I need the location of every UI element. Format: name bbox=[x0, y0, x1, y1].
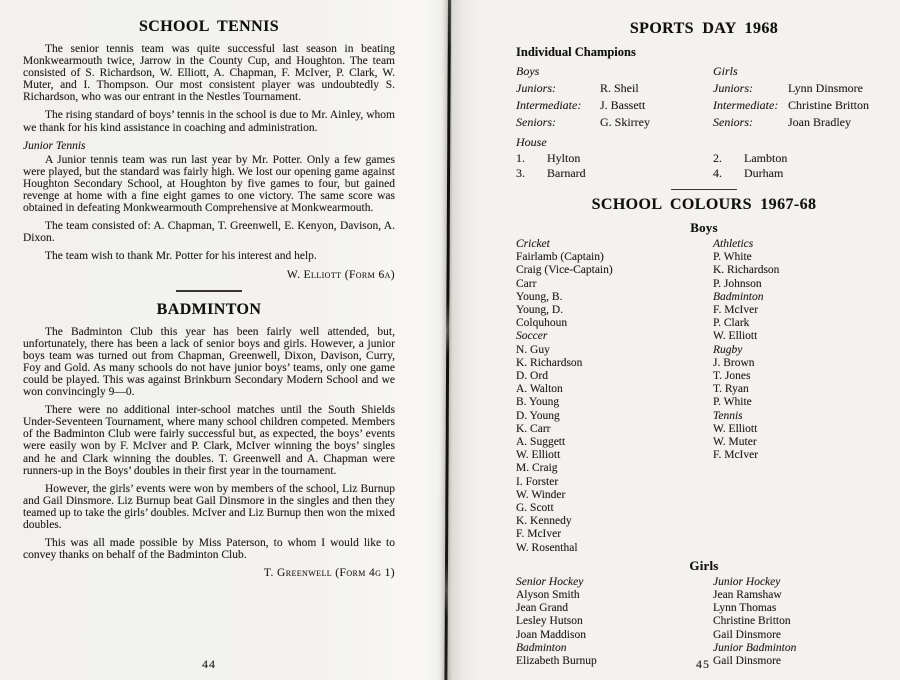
row-value: G. Skirrey bbox=[600, 114, 650, 131]
section-heading-school-tennis: SCHOOL TENNIS bbox=[23, 18, 395, 36]
name-entry: Young, D. bbox=[516, 304, 713, 317]
row-label: Intermediate: bbox=[713, 97, 788, 114]
name-entry: W. Rosenthal bbox=[516, 542, 713, 555]
name-entry: W. Muter bbox=[713, 436, 892, 449]
section-heading-sports-day: SPORTS DAY 1968 bbox=[516, 20, 892, 38]
name-entry: F. McIver bbox=[713, 449, 892, 462]
girls-colours-columns: Senior HockeyAlyson SmithJean GrandLesle… bbox=[516, 576, 892, 668]
badminton-paragraph-3: However, the girls’ events were won by m… bbox=[23, 483, 395, 531]
boys-colours-right-column: AthleticsP. WhiteK. RichardsonP. Johnson… bbox=[713, 238, 892, 555]
page-number-right: 45 bbox=[696, 657, 710, 672]
name-entry: Jean Ramshaw bbox=[713, 589, 892, 602]
data-row: 2.Lambton bbox=[713, 151, 892, 166]
badminton-paragraph-1: The Badminton Club this year has been fa… bbox=[23, 326, 395, 399]
name-entry: Fairlamb (Captain) bbox=[516, 251, 713, 264]
section-heading-badminton: BADMINTON bbox=[23, 301, 395, 319]
girls-champions-list: Juniors:Lynn DinsmoreIntermediate:Christ… bbox=[713, 80, 892, 131]
girls-colours-left-column: Senior HockeyAlyson SmithJean GrandLesle… bbox=[516, 576, 713, 668]
data-row: Seniors:Joan Bradley bbox=[713, 114, 892, 131]
row-value: J. Bassett bbox=[600, 97, 645, 114]
boys-colours-columns: CricketFairlamb (Captain)Craig (Vice-Cap… bbox=[516, 238, 892, 555]
name-entry: W. Elliott bbox=[713, 423, 892, 436]
champions-columns: Boys Juniors:R. SheilIntermediate:J. Bas… bbox=[516, 63, 892, 131]
tennis-paragraph-1: The senior tennis team was quite success… bbox=[23, 43, 395, 103]
boys-colours-left-column: CricketFairlamb (Captain)Craig (Vice-Cap… bbox=[516, 238, 713, 555]
page-right: SPORTS DAY 1968 Individual Champions Boy… bbox=[452, 0, 900, 680]
name-entry: A. Suggett bbox=[516, 436, 713, 449]
name-entry: Alyson Smith bbox=[516, 589, 713, 602]
boys-colours-heading: Boys bbox=[516, 221, 892, 235]
category-label: Cricket bbox=[516, 238, 713, 251]
name-entry: G. Scott bbox=[516, 502, 713, 515]
name-entry: K. Richardson bbox=[516, 357, 713, 370]
category-label: Tennis bbox=[713, 410, 892, 423]
house-results: 1.Hylton3.Barnard 2.Lambton4.Durham bbox=[516, 151, 892, 181]
tennis-paragraph-2: The rising standard of boys’ tennis in t… bbox=[23, 109, 395, 133]
row-value: Lynn Dinsmore bbox=[788, 80, 863, 97]
row-label: Seniors: bbox=[713, 114, 788, 131]
girls-colours-right-column: Junior HockeyJean RamshawLynn ThomasChri… bbox=[713, 576, 892, 668]
name-entry: P. Clark bbox=[713, 317, 892, 330]
category-label: Senior Hockey bbox=[516, 576, 713, 589]
name-entry: Lesley Hutson bbox=[516, 615, 713, 628]
name-entry: Gail Dinsmore bbox=[713, 629, 892, 642]
data-row: 1.Hylton bbox=[516, 151, 713, 166]
row-value: R. Sheil bbox=[600, 80, 639, 97]
house-results-right: 2.Lambton4.Durham bbox=[713, 151, 892, 181]
girls-column-heading: Girls bbox=[713, 63, 892, 79]
girls-colours-heading: Girls bbox=[516, 559, 892, 573]
section-divider bbox=[671, 189, 737, 190]
name-entry: Joan Maddison bbox=[516, 629, 713, 642]
subsection-heading-junior-tennis: Junior Tennis bbox=[23, 140, 395, 152]
name-entry: F. McIver bbox=[516, 528, 713, 541]
section-heading-school-colours: SCHOOL COLOURS 1967-68 bbox=[516, 196, 892, 214]
category-label: Junior Badminton bbox=[713, 642, 892, 655]
row-value: Durham bbox=[744, 166, 783, 181]
category-label: Badminton bbox=[713, 291, 892, 304]
name-entry: A. Walton bbox=[516, 383, 713, 396]
row-value: Joan Bradley bbox=[788, 114, 851, 131]
section-divider bbox=[176, 290, 242, 292]
name-entry: N. Guy bbox=[516, 344, 713, 357]
name-entry: K. Carr bbox=[516, 423, 713, 436]
category-label: Rugby bbox=[713, 344, 892, 357]
name-entry: F. McIver bbox=[713, 304, 892, 317]
category-label: Soccer bbox=[516, 330, 713, 343]
name-entry: T. Ryan bbox=[713, 383, 892, 396]
badminton-paragraph-2: There were no additional inter-school ma… bbox=[23, 404, 395, 477]
name-entry: Lynn Thomas bbox=[713, 602, 892, 615]
name-entry: I. Forster bbox=[516, 476, 713, 489]
data-row: Juniors:Lynn Dinsmore bbox=[713, 80, 892, 97]
data-row: Intermediate:Christine Britton bbox=[713, 97, 892, 114]
name-entry: W. Elliott bbox=[713, 330, 892, 343]
badminton-signature: T. Greenwell (Form 4g 1) bbox=[23, 567, 395, 579]
boys-champions-list: Juniors:R. SheilIntermediate:J. BassettS… bbox=[516, 80, 713, 131]
boys-champions-column: Boys Juniors:R. SheilIntermediate:J. Bas… bbox=[516, 63, 713, 131]
name-entry: Colquhoun bbox=[516, 317, 713, 330]
name-entry: Carr bbox=[516, 278, 713, 291]
row-label: 4. bbox=[713, 166, 744, 181]
girls-champions-column: Girls Juniors:Lynn DinsmoreIntermediate:… bbox=[713, 63, 892, 131]
row-value: Hylton bbox=[547, 151, 580, 166]
name-entry: P. White bbox=[713, 251, 892, 264]
badminton-paragraph-4: This was all made possible by Miss Pater… bbox=[23, 537, 395, 561]
row-label: Intermediate: bbox=[516, 97, 600, 114]
name-entry: D. Ord bbox=[516, 370, 713, 383]
data-row: Seniors:G. Skirrey bbox=[516, 114, 713, 131]
row-value: Lambton bbox=[744, 151, 787, 166]
name-entry: Young, B. bbox=[516, 291, 713, 304]
page-left: SCHOOL TENNIS The senior tennis team was… bbox=[0, 0, 448, 680]
row-label: Juniors: bbox=[713, 80, 788, 97]
row-label: 3. bbox=[516, 166, 547, 181]
category-label: Athletics bbox=[713, 238, 892, 251]
name-entry: P. Johnson bbox=[713, 278, 892, 291]
house-results-left: 1.Hylton3.Barnard bbox=[516, 151, 713, 181]
name-entry: W. Winder bbox=[516, 489, 713, 502]
name-entry: Gail Dinsmore bbox=[713, 655, 892, 668]
tennis-paragraph-3: A Junior tennis team was run last year b… bbox=[23, 154, 395, 214]
page-number-left: 44 bbox=[202, 657, 216, 672]
house-heading: House bbox=[516, 134, 892, 150]
name-entry: B. Young bbox=[516, 396, 713, 409]
subheading-individual-champions: Individual Champions bbox=[516, 45, 892, 59]
tennis-signature: W. Elliott (Form 6a) bbox=[23, 269, 395, 281]
book-spread: SCHOOL TENNIS The senior tennis team was… bbox=[0, 0, 900, 680]
tennis-paragraph-5: The team wish to thank Mr. Potter for hi… bbox=[23, 250, 395, 262]
name-entry: P. White bbox=[713, 396, 892, 409]
name-entry: K. Richardson bbox=[713, 264, 892, 277]
category-label: Junior Hockey bbox=[713, 576, 892, 589]
row-label: 2. bbox=[713, 151, 744, 166]
row-value: Barnard bbox=[547, 166, 586, 181]
name-entry: W. Elliott bbox=[516, 449, 713, 462]
name-entry: D. Young bbox=[516, 410, 713, 423]
row-label: 1. bbox=[516, 151, 547, 166]
name-entry: M. Craig bbox=[516, 462, 713, 475]
data-row: 3.Barnard bbox=[516, 166, 713, 181]
tennis-paragraph-4: The team consisted of: A. Chapman, T. Gr… bbox=[23, 220, 395, 244]
name-entry: Elizabeth Burnup bbox=[516, 655, 713, 668]
category-label: Badminton bbox=[516, 642, 713, 655]
data-row: Intermediate:J. Bassett bbox=[516, 97, 713, 114]
boys-column-heading: Boys bbox=[516, 63, 713, 79]
name-entry: Christine Britton bbox=[713, 615, 892, 628]
row-label: Juniors: bbox=[516, 80, 600, 97]
name-entry: Jean Grand bbox=[516, 602, 713, 615]
name-entry: Craig (Vice-Captain) bbox=[516, 264, 713, 277]
data-row: 4.Durham bbox=[713, 166, 892, 181]
row-value: Christine Britton bbox=[788, 97, 869, 114]
name-entry: K. Kennedy bbox=[516, 515, 713, 528]
row-label: Seniors: bbox=[516, 114, 600, 131]
name-entry: J. Brown bbox=[713, 357, 892, 370]
data-row: Juniors:R. Sheil bbox=[516, 80, 713, 97]
name-entry: T. Jones bbox=[713, 370, 892, 383]
